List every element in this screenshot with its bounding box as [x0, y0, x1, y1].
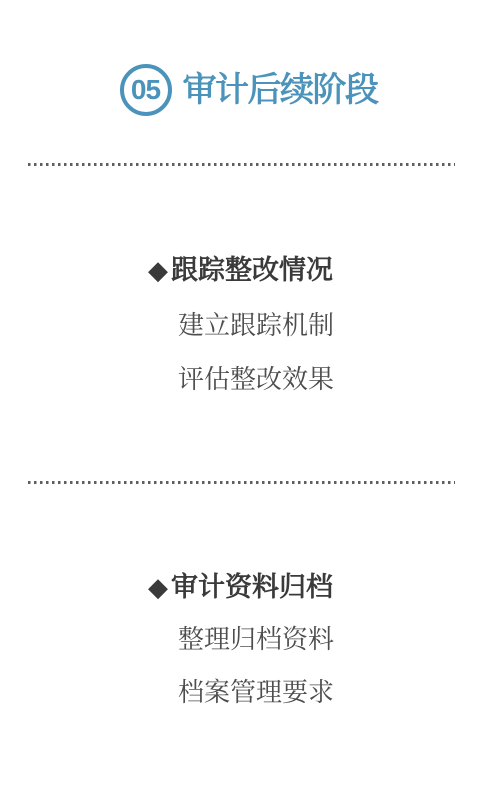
section-title: ◆ 审计资料归档: [148, 571, 333, 603]
list-item: 档案管理要求: [178, 676, 334, 708]
page-title: 审计后续阶段: [183, 64, 378, 116]
list-item: 建立跟踪机制: [178, 309, 334, 341]
page-header: 05 审计后续阶段: [0, 64, 497, 116]
dotted-divider-bottom: [28, 481, 455, 484]
page: 05 审计后续阶段 ◆ 跟踪整改情况 建立跟踪机制 评估整改效果 ◆ 审计资料归…: [0, 0, 497, 800]
list-item: 整理归档资料: [178, 623, 334, 655]
step-number: 05: [131, 76, 160, 104]
section-title-text: 跟踪整改情况: [171, 254, 333, 286]
dotted-divider-top: [28, 163, 455, 166]
diamond-bullet-icon: ◆: [148, 571, 168, 603]
section-title: ◆ 跟踪整改情况: [148, 254, 333, 286]
list-item: 评估整改效果: [178, 363, 334, 395]
diamond-bullet-icon: ◆: [148, 254, 168, 286]
section-title-text: 审计资料归档: [171, 571, 333, 603]
step-number-badge: 05: [120, 64, 172, 116]
